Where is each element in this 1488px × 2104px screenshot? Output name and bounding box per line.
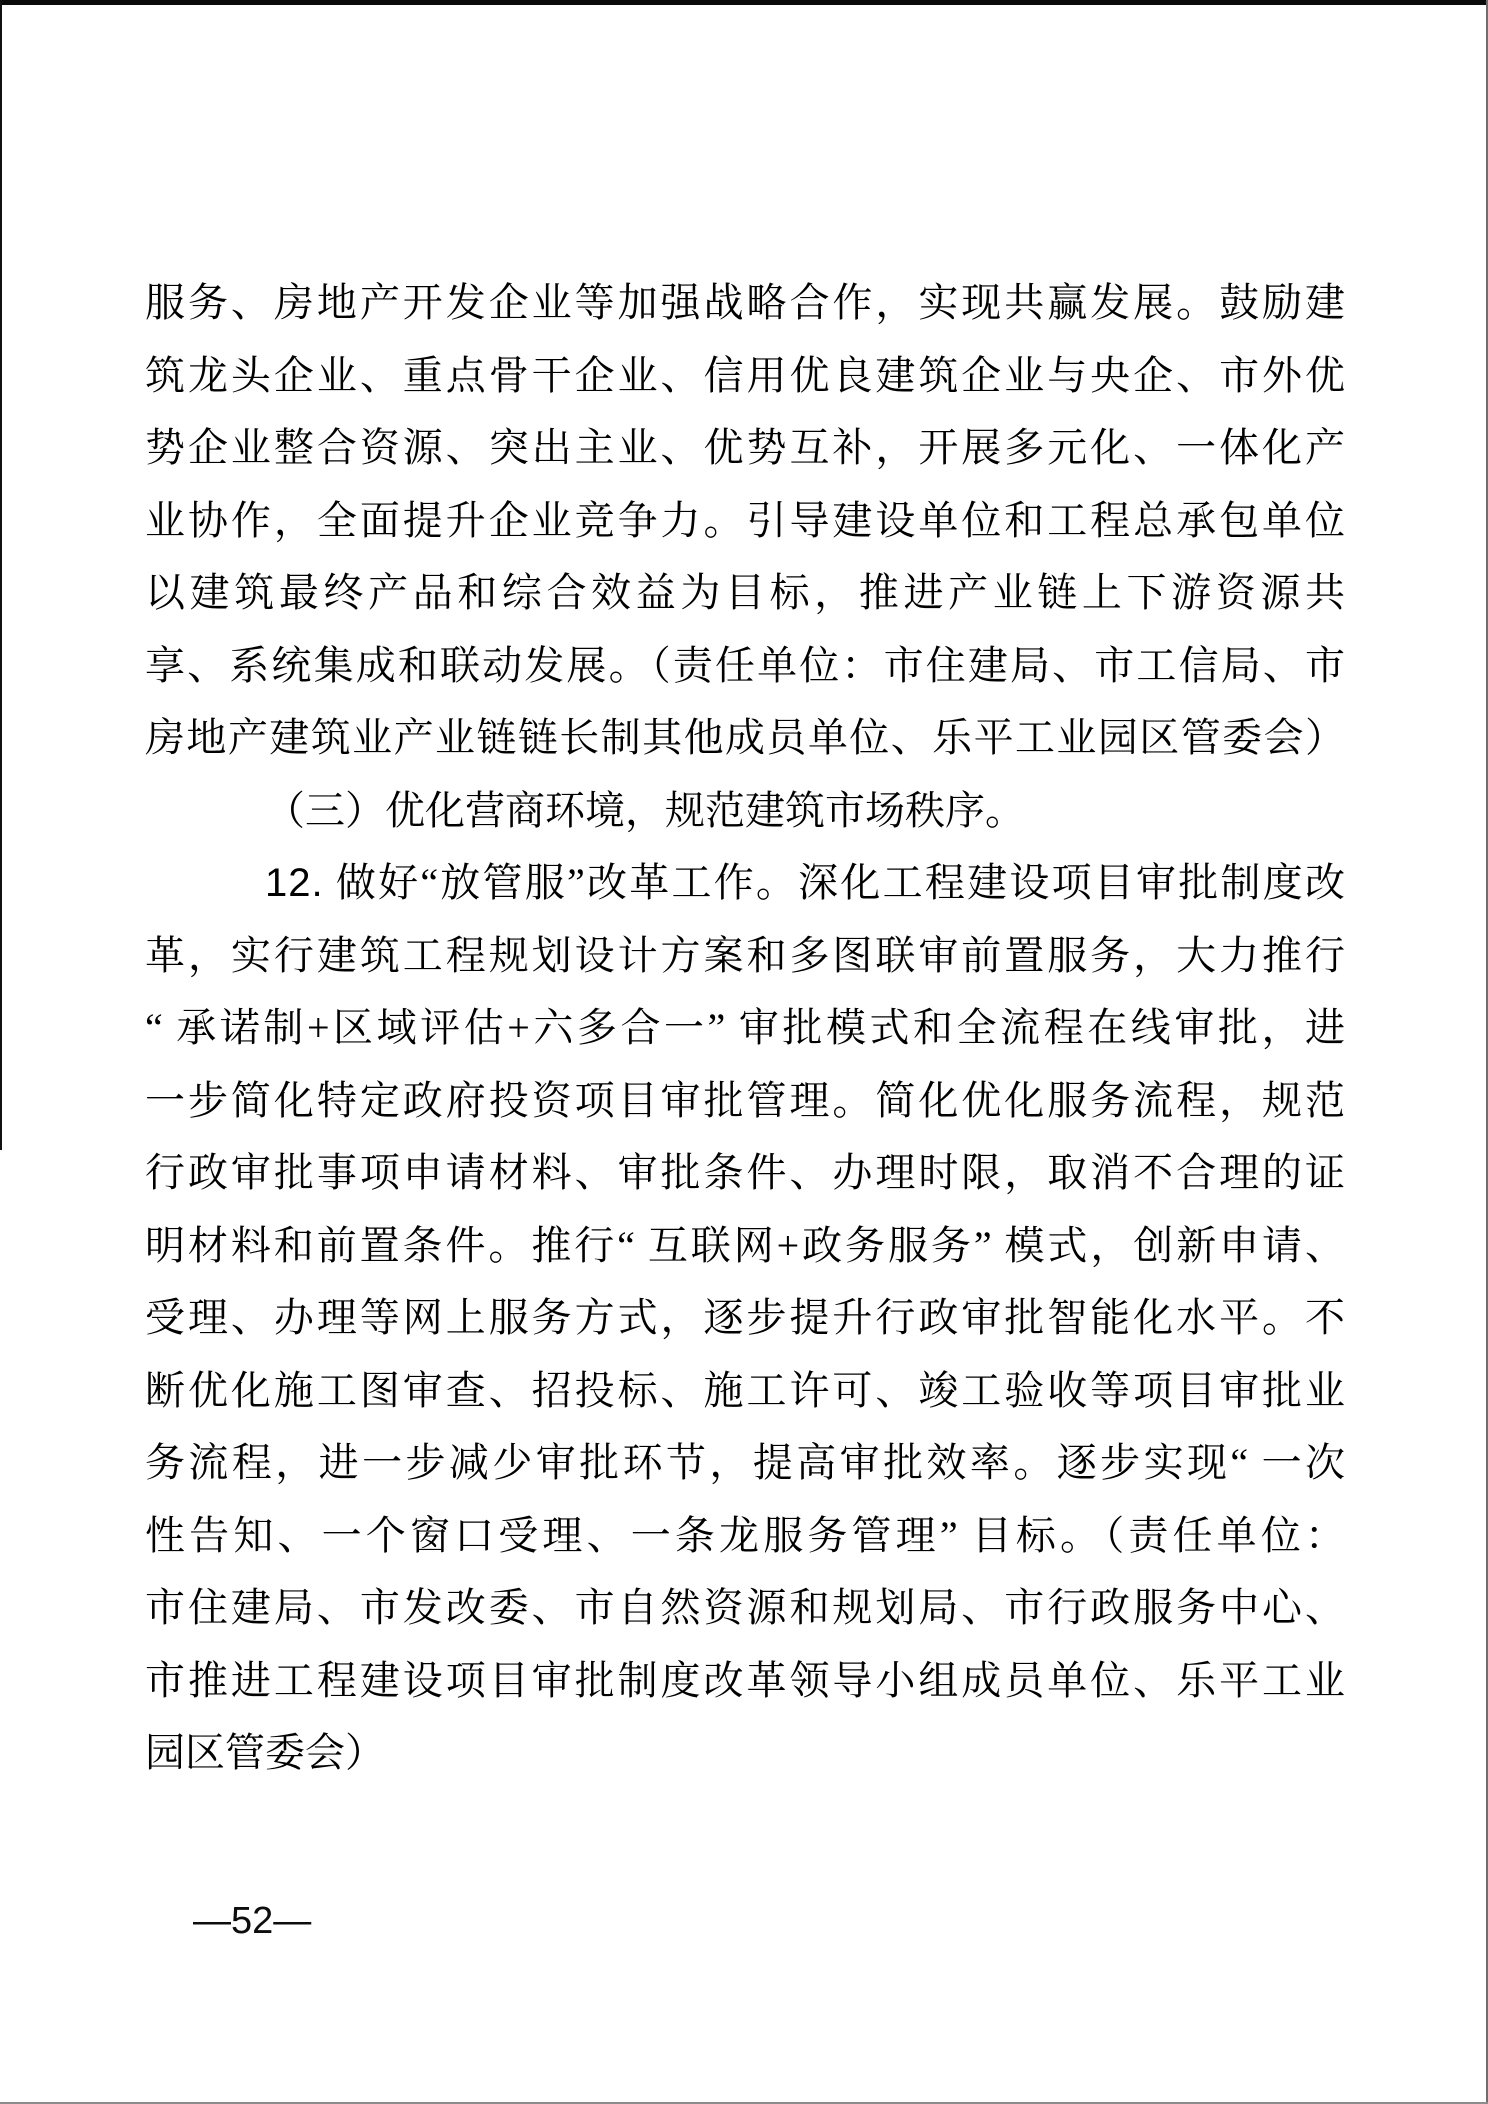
document-body: 服务、房地产开发企业等加强战略合作，实现共赢发展。鼓励建筑龙头企业、重点骨干企业… xyxy=(145,267,1345,1790)
text-line: 筑龙头企业、重点骨干企业、信用优良建筑企业与央企、市外优 xyxy=(145,340,1345,413)
text-line: 服务、房地产开发企业等加强战略合作，实现共赢发展。鼓励建 xyxy=(145,267,1345,340)
page-edge-top xyxy=(0,0,1488,5)
text-line: 业协作，全面提升企业竞争力。引导建设单位和工程总承包单位 xyxy=(145,485,1345,558)
text-line: 受理、办理等网上服务方式，逐步提升行政审批智能化水平。不 xyxy=(145,1282,1345,1355)
text-line: 以建筑最终产品和综合效益为目标，推进产业链上下游资源共 xyxy=(145,557,1345,630)
text-line: 市推进工程建设项目审批制度改革领导小组成员单位、乐平工业 xyxy=(145,1645,1345,1718)
text-line: 行政审批事项申请材料、审批条件、办理时限，取消不合理的证 xyxy=(145,1137,1345,1210)
text-line: 革，实行建筑工程规划设计方案和多图联审前置服务，大力推行 xyxy=(145,920,1345,993)
text-line: 明材料和前置条件。推行“ 互联网+政务服务” 模式，创新申请、 xyxy=(145,1210,1345,1283)
text-line: 享、系统集成和联动发展。（责任单位：市住建局、市工信局、市 xyxy=(145,630,1345,703)
text-line: 势企业整合资源、突出主业、优势互补，开展多元化、一体化产 xyxy=(145,412,1345,485)
text-line: 12. 做好“放管服”改革工作。深化工程建设项目审批制度改 xyxy=(145,847,1345,920)
page-number: —52— xyxy=(193,1899,311,1943)
text-line: 一步简化特定政府投资项目审批管理。简化优化服务流程，规范 xyxy=(145,1065,1345,1138)
text-line: 性告知、一个窗口受理、一条龙服务管理” 目标。（责任单位： xyxy=(145,1500,1345,1573)
text-line: 市住建局、市发改委、市自然资源和规划局、市行政服务中心、 xyxy=(145,1572,1345,1645)
text-line: （三）优化营商环境，规范建筑市场秩序。 xyxy=(145,775,1345,848)
text-line: 断优化施工图审查、招投标、施工许可、竣工验收等项目审批业 xyxy=(145,1355,1345,1428)
text-line: 房地产建筑业产业链链长制其他成员单位、乐平工业园区管委会） xyxy=(145,702,1345,775)
paragraph-number: 12. xyxy=(265,861,324,905)
scanned-document-page: { "page": { "background_color": "#ffffff… xyxy=(0,0,1488,2104)
text-line: 务流程，进一步减少审批环节，提高审批效率。逐步实现“ 一次 xyxy=(145,1427,1345,1500)
text-line: 园区管委会） xyxy=(145,1717,1345,1790)
text-line: “ 承诺制+区域评估+六多合一” 审批模式和全流程在线审批，进 xyxy=(145,992,1345,1065)
page-edge-left xyxy=(0,0,2,1150)
